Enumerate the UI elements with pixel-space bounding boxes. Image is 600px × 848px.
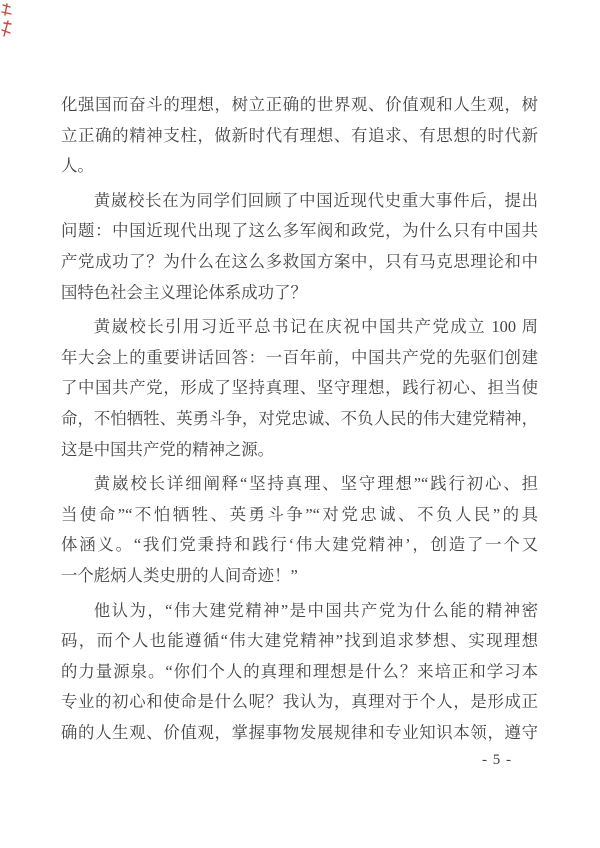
text-line: 产党成功了？为什么在这么多救国方案中，只有马克思理论和中 (61, 247, 538, 278)
text-line: 码，而个人也能遵循“伟大建党精神”找到追求梦想、实现理想 (61, 626, 538, 657)
text-line: 的力量源泉。“你们个人的真理和理想是什么？来培正和学习本 (61, 657, 538, 688)
text-line: 专业的初心和使命是什么呢？我认为，真理对于个人，是形成正 (61, 687, 538, 718)
page-number: - 5 - (482, 750, 512, 770)
text-line: 这是中国共产党的精神之源。 (61, 435, 538, 466)
paragraph: 黄崴校长详细阐释“坚持真理、坚守理想”“践行初心、担当使命”“不怕牺牲、英勇斗争… (61, 469, 538, 591)
text-line: 人。 (61, 151, 538, 182)
text-line: 命，不怕牺牲、英勇斗争，对党忠诚、不负人民的伟大建党精神， (61, 404, 538, 435)
paragraph: 化强国而奋斗的理想，树立正确的世界观、价值观和人生观，树立正确的精神支柱，做新时… (61, 90, 538, 182)
paragraph: 黄崴校长在为同学们回顾了中国近现代史重大事件后，提出问题：中国近现代出现了这么多… (61, 186, 538, 308)
text-line: 黄崴校长在为同学们回顾了中国近现代史重大事件后，提出 (61, 186, 538, 217)
document-body: 化强国而奋斗的理想，树立正确的世界观、价值观和人生观，树立正确的精神支柱，做新时… (61, 90, 538, 752)
text-line: 一个彪炳人类史册的人间奇迹！” (61, 561, 538, 592)
text-line: 国特色社会主义理论体系成功了？ (61, 278, 538, 309)
text-line: 黄崴校长引用习近平总书记在庆祝中国共产党成立 100 周 (61, 312, 538, 343)
text-line: 年大会上的重要讲话回答：一百年前，中国共产党的先驱们创建 (61, 343, 538, 374)
text-line: 当使命”“不怕牺牲、英勇斗争”“对党忠诚、不负人民”的具 (61, 500, 538, 531)
text-line: 确的人生观、价值观，掌握事物发展规律和专业知识本领，遵守 (61, 718, 538, 749)
text-line: 黄崴校长详细阐释“坚持真理、坚守理想”“践行初心、担 (61, 469, 538, 500)
text-line: 立正确的精神支柱，做新时代有理想、有追求、有思想的时代新 (61, 121, 538, 152)
text-line: 问题：中国近现代出现了这么多军阀和政党，为什么只有中国共 (61, 216, 538, 247)
text-line: 体涵义。“我们党秉持和践行‘伟大建党精神’，创造了一个又 (61, 530, 538, 561)
text-line: 了中国共产党，形成了坚持真理、坚守理想，践行初心、担当使 (61, 373, 538, 404)
text-line: 化强国而奋斗的理想，树立正确的世界观、价值观和人生观，树 (61, 90, 538, 121)
paragraph: 黄崴校长引用习近平总书记在庆祝中国共产党成立 100 周年大会上的重要讲话回答：… (61, 312, 538, 465)
document-page: 化强国而奋斗的理想，树立正确的世界观、价值观和人生观，树立正确的精神支柱，做新时… (0, 0, 600, 848)
red-pen-mark-icon (1, 2, 13, 40)
paragraph: 他认为，“伟大建党精神”是中国共产党为什么能的精神密码，而个人也能遵循“伟大建党… (61, 596, 538, 749)
text-line: 他认为，“伟大建党精神”是中国共产党为什么能的精神密 (61, 596, 538, 627)
